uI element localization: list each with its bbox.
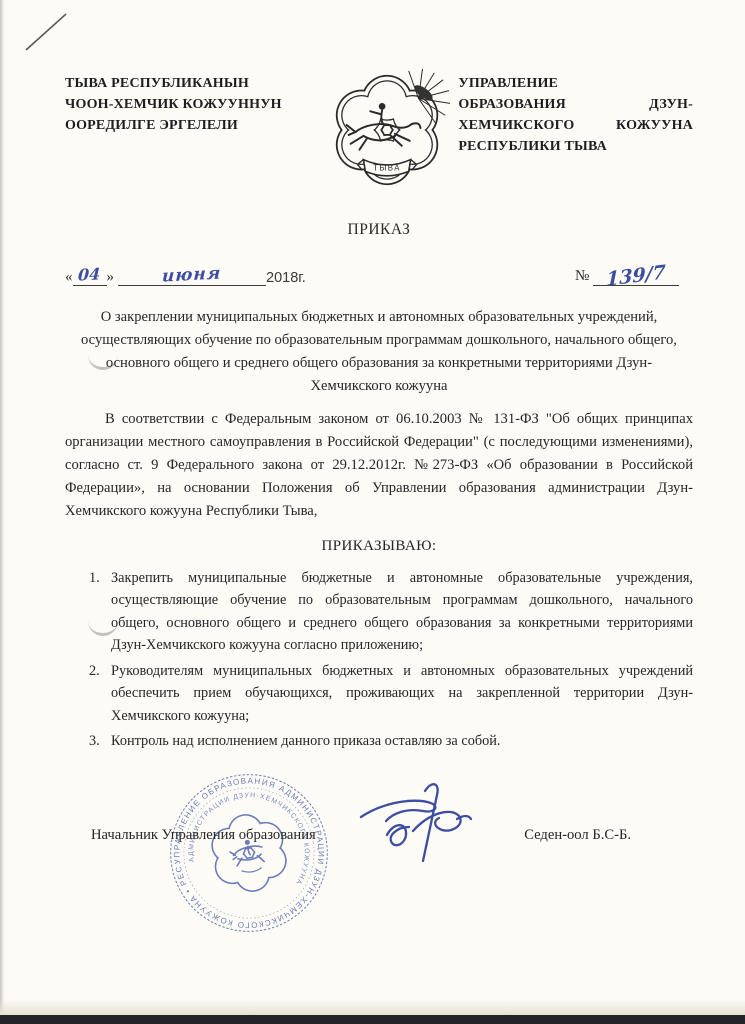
order-preamble: В соответствии с Федеральным законом от … bbox=[65, 408, 693, 523]
handwritten-month: июня bbox=[162, 263, 222, 286]
order-item: Закрепить муниципальные бюджетные и авто… bbox=[89, 567, 693, 657]
number-field: 139/7 bbox=[593, 263, 679, 286]
tyva-emblem: ТЫВА bbox=[326, 67, 452, 195]
paper-bottom-shade bbox=[0, 999, 745, 1015]
month-field: июня bbox=[118, 265, 266, 286]
org-right-line: ХЕМЧИКСКОГО КОЖУУНА bbox=[458, 115, 693, 136]
date-number-line: « 04 » июня 2018г. № 139/7 bbox=[65, 263, 693, 286]
order-word: ПРИКАЗЫВАЮ: bbox=[65, 538, 693, 555]
day-field: 04 bbox=[73, 265, 107, 286]
order-item: Контроль над исполнением данного приказа… bbox=[89, 730, 693, 753]
order-items-list: Закрепить муниципальные бюджетные и авто… bbox=[65, 567, 693, 753]
signature-block: Начальник Управления образования Седен-о… bbox=[65, 827, 693, 844]
number-sign: № bbox=[575, 268, 589, 284]
org-right-line: ОБРАЗОВАНИЯ ДЗУН- bbox=[458, 94, 693, 115]
signer-position: Начальник Управления образования bbox=[91, 827, 316, 844]
document-header: ТЫВА РЕСПУБЛИКАНЫН ЧООН-ХЕМЧИК КОЖУУННУН… bbox=[65, 73, 693, 195]
order-subject: О закреплении муниципальных бюджетных и … bbox=[73, 306, 685, 398]
date-open-quote: « bbox=[65, 269, 73, 286]
printed-year: 2018г. bbox=[266, 270, 306, 286]
emblem-ribbon-text: ТЫВА bbox=[373, 163, 401, 172]
scan-edge-left bbox=[0, 0, 5, 1024]
date-close-quote: » bbox=[107, 269, 115, 286]
org-name-tuvan: ТЫВА РЕСПУБЛИКАНЫН ЧООН-ХЕМЧИК КОЖУУННУН… bbox=[65, 73, 308, 136]
org-right-line: УПРАВЛЕНИЕ bbox=[458, 73, 693, 94]
handwritten-signature bbox=[353, 775, 503, 875]
org-right-line: РЕСПУБЛИКИ ТЫВА bbox=[458, 136, 693, 157]
org-left-line: ООРЕДИЛГЕ ЭРГЕЛЕЛИ bbox=[65, 115, 308, 136]
number-group: № 139/7 bbox=[575, 263, 679, 286]
pen-mark bbox=[18, 8, 88, 58]
org-name-russian: УПРАВЛЕНИЕ ОБРАЗОВАНИЯ ДЗУН- ХЕМЧИКСКОГО… bbox=[458, 73, 693, 157]
order-item: Руководителям муниципальных бюджетных и … bbox=[89, 660, 693, 728]
handwritten-day: 04 bbox=[78, 264, 101, 284]
signer-name: Седен-оол Б.С-Б. bbox=[524, 827, 631, 844]
org-left-line: ТЫВА РЕСПУБЛИКАНЫН bbox=[65, 73, 308, 94]
document-title: ПРИКАЗ bbox=[65, 221, 693, 239]
handwritten-number: 139/7 bbox=[606, 261, 666, 291]
scan-edge-bottom bbox=[0, 1015, 745, 1024]
org-left-line: ЧООН-ХЕМЧИК КОЖУУННУН bbox=[65, 94, 308, 115]
scanned-order-page: УПРАВЛЕНИЕ ОБРАЗОВАНИЯ АДМИНИСТРАЦИИ ДЗУ… bbox=[0, 0, 745, 1024]
